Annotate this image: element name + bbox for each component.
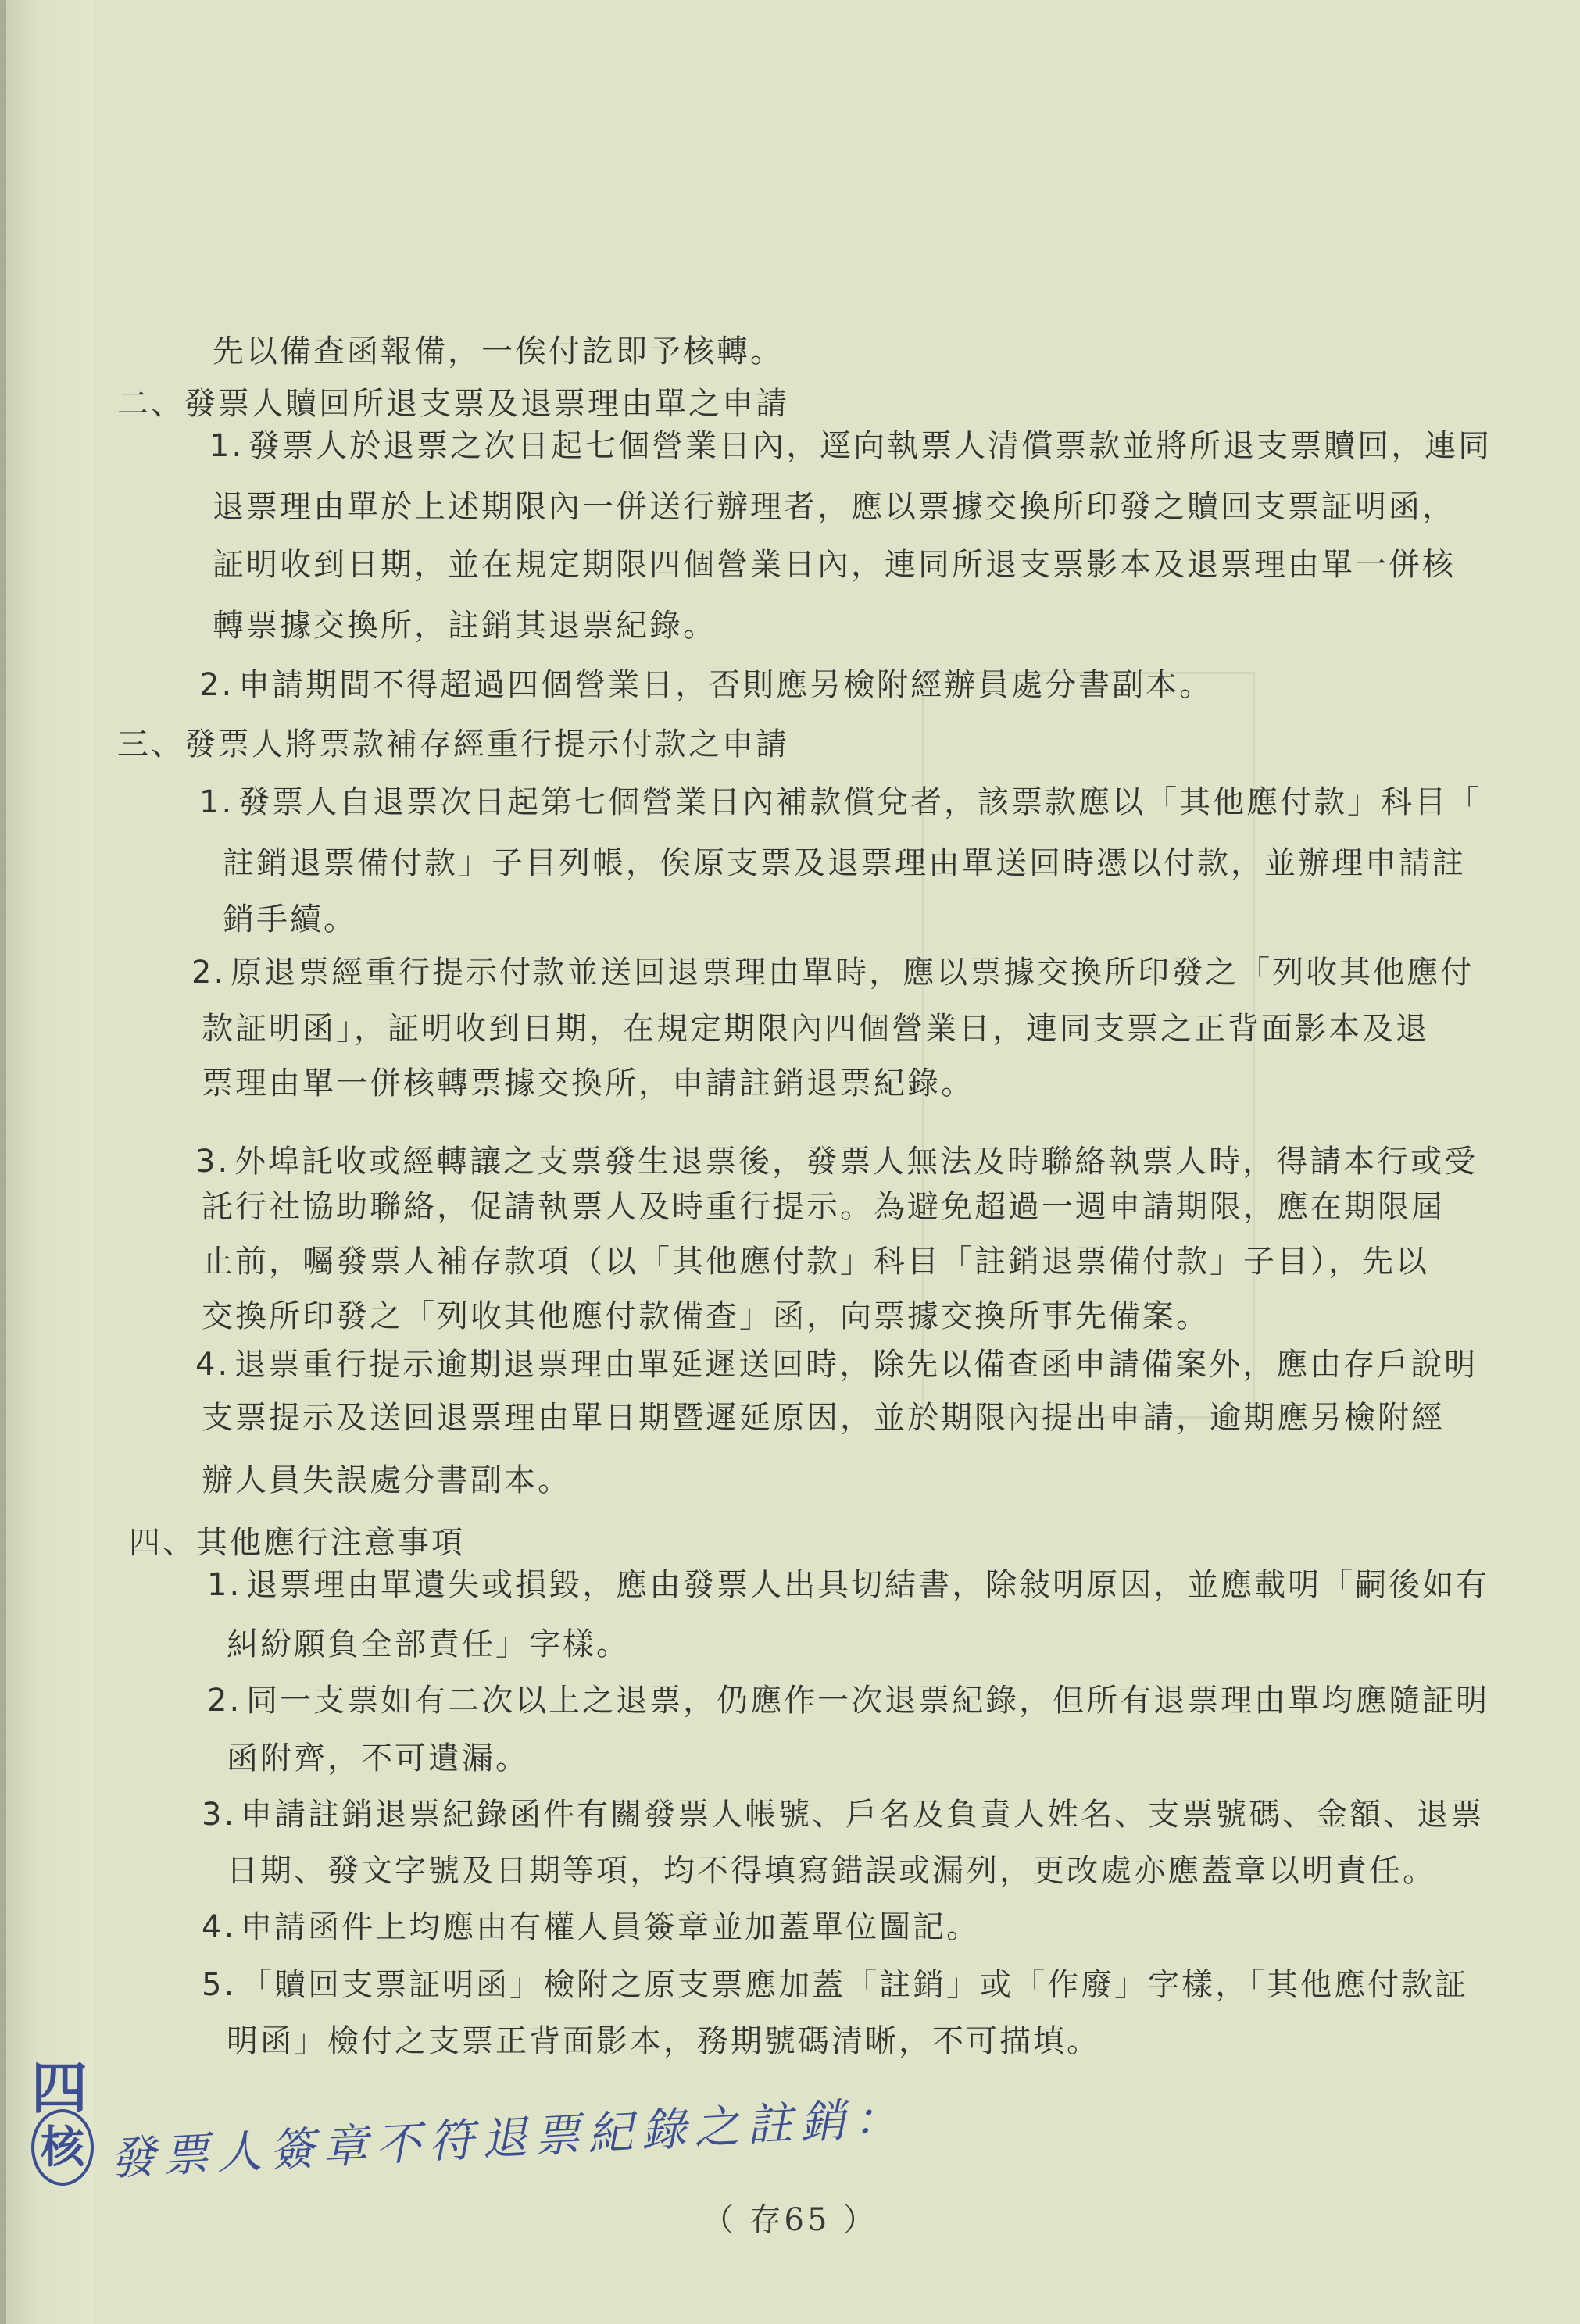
item-text: 申請期間不得超過四個營業日，否則應另檢附經辦員處分書副本。	[238, 667, 1213, 703]
list-item-3-2-line1: 2.原退票經重行提示付款並送回退票理由單時，應以票據交換所印發之「列收其他應付	[191, 953, 1474, 992]
list-item-4-1-line2: 糾紛願負全部責任」字樣。	[227, 1625, 630, 1664]
list-item-3-2-line2: 款証明函」，証明收到日期，在規定期限內四個營業日，連同支票之正背面影本及退	[202, 1009, 1429, 1048]
item-number: 1.	[207, 1565, 241, 1605]
section-heading-3: 三、發票人將票款補存經重行提示付款之申請	[117, 725, 789, 764]
item-number: 3.	[195, 1142, 230, 1181]
item-number: 4.	[195, 1345, 230, 1384]
list-item-3-3-line2: 託行社協助聯絡，促請執票人及時重行提示。為避免超過一週申請期限，應在期限屆	[202, 1187, 1445, 1226]
list-item-2-1-line2: 退票理由單於上述期限內一併送行辦理者，應以票據交換所印發之贖回支票証明函，	[213, 487, 1456, 527]
item-number: 2.	[199, 666, 234, 705]
list-item-3-4-line1: 4.退票重行提示逾期退票理由單延遲送回時，除先以備查函申請備案外，應由存戶說明	[195, 1345, 1478, 1384]
item-text: 同一支票如有二次以上之退票，仍應作一次退票紀錄，但所有退票理由單均應隨証明	[246, 1683, 1489, 1719]
list-item-3-2-line3: 票理由單一併核轉票據交換所，申請註銷退票紀錄。	[202, 1064, 974, 1103]
item-text: 「贖回支票証明函」檢附之原支票應加蓋「註銷」或「作廢」字樣，「其他應付款証	[241, 1967, 1468, 2003]
item-text: 申請註銷退票紀錄函件有關發票人帳號、戶名及負責人姓名、支票號碼、金額、退票	[241, 1797, 1484, 1833]
list-item-4-4-line1: 4.申請函件上均應由有權人員簽章並加蓋單位圖記。	[202, 1908, 980, 1947]
item-number: 1.	[199, 783, 234, 822]
list-item-2-1-line1: 1.發票人於退票之次日起七個營業日內，逕向執票人清償票款並將所退支票贖回，連同	[209, 427, 1492, 466]
list-item-2-1-line4: 轉票據交換所，註銷其退票紀錄。	[213, 606, 717, 645]
list-item-4-5-line2: 明函」檢付之支票正背面影本，務期號碼清晰，不可描填。	[227, 2022, 1100, 2061]
list-item-2-2-line1: 2.申請期間不得超過四個營業日，否則應另檢附經辦員處分書副本。	[199, 666, 1213, 705]
list-item-3-4-line2: 支票提示及送回退票理由單日期暨遲延原因，並於期限內提出申請，逾期應另檢附經	[202, 1398, 1445, 1437]
section-heading-2: 二、發票人贖回所退支票及退票理由單之申請	[117, 384, 789, 423]
item-text: 發票人於退票之次日起七個營業日內，逕向執票人清償票款並將所退支票贖回，連同	[248, 428, 1492, 464]
list-item-4-1-line1: 1.退票理由單遺失或損毀，應由發票人出具切結書，除敍明原因，並應載明「嗣後如有	[207, 1565, 1489, 1605]
list-item-4-3-line2: 日期、發文字號及日期等項，均不得填寫錯誤或漏列，更改處亦應蓋章以明責任。	[227, 1851, 1436, 1890]
item-text: 退票理由單遺失或損毀，應由發票人出具切結書，除敍明原因，並應載明「嗣後如有	[246, 1567, 1489, 1603]
list-item-3-1-line3: 銷手續。	[223, 900, 357, 939]
list-item-3-1-line1: 1.發票人自退票次日起第七個營業日內補款償兌者，該票款應以「其他應付款」科目「	[199, 783, 1482, 822]
handwritten-note: 發票人簽章不符退票紀錄之註銷：	[109, 2080, 908, 2187]
list-item-3-3-line4: 交換所印發之「列收其他應付款備查」函，向票據交換所事先備案。	[202, 1297, 1210, 1336]
section-heading-4: 四、其他應行注意事項	[129, 1523, 465, 1562]
item-text: 退票重行提示逾期退票理由單延遲送回時，除先以備查函申請備案外，應由存戶說明	[234, 1347, 1478, 1383]
page-number: （ 存65 ）	[0, 2195, 1580, 2240]
page-shadow	[0, 0, 94, 2324]
list-item-3-3-line1: 3.外埠託收或經轉讓之支票發生退票後，發票人無法及時聯絡執票人時，得請本行或受	[195, 1142, 1478, 1181]
item-number: 4.	[202, 1908, 236, 1947]
handwritten-circled-mark: 核	[31, 2109, 94, 2186]
list-item-3-1-line2: 註銷退票備付款」子目列帳，俟原支票及退票理由單送回時憑以付款，並辦理申請註	[223, 844, 1466, 883]
continuation-line: 先以備查函報備，一俟付訖即予核轉。	[213, 332, 784, 371]
list-item-4-2-line2: 函附齊，不可遺漏。	[227, 1739, 529, 1778]
list-item-4-5-line1: 5.「贖回支票証明函」檢附之原支票應加蓋「註銷」或「作廢」字樣，「其他應付款証	[202, 1965, 1468, 2004]
list-item-4-3-line1: 3.申請註銷退票紀錄函件有關發票人帳號、戶名及負責人姓名、支票號碼、金額、退票	[202, 1795, 1484, 1834]
item-text: 外埠託收或經轉讓之支票發生退票後，發票人無法及時聯絡執票人時，得請本行或受	[234, 1144, 1478, 1180]
list-item-2-1-line3: 証明收到日期，並在規定期限四個營業日內，連同所退支票影本及退票理由單一併核	[213, 545, 1456, 584]
item-number: 1.	[209, 427, 244, 466]
item-text: 發票人自退票次日起第七個營業日內補款償兌者，該票款應以「其他應付款」科目「	[238, 784, 1482, 820]
page-edge	[0, 0, 6, 2324]
item-text: 申請函件上均應由有權人員簽章並加蓋單位圖記。	[241, 1909, 980, 1945]
list-item-3-4-line3: 辦人員失誤處分書副本。	[202, 1461, 571, 1500]
item-text: 原退票經重行提示付款並送回退票理由單時，應以票據交換所印發之「列收其他應付	[231, 955, 1474, 991]
item-number: 3.	[202, 1795, 236, 1834]
item-number: 2.	[191, 953, 226, 992]
list-item-3-3-line3: 止前，囑發票人補存款項（以「其他應付款」科目「註銷退票備付款」子目），先以	[202, 1242, 1429, 1281]
list-item-4-2-line1: 2.同一支票如有二次以上之退票，仍應作一次退票紀錄，但所有退票理由單均應隨証明	[207, 1681, 1489, 1720]
item-number: 2.	[207, 1681, 241, 1720]
item-number: 5.	[202, 1965, 236, 2004]
